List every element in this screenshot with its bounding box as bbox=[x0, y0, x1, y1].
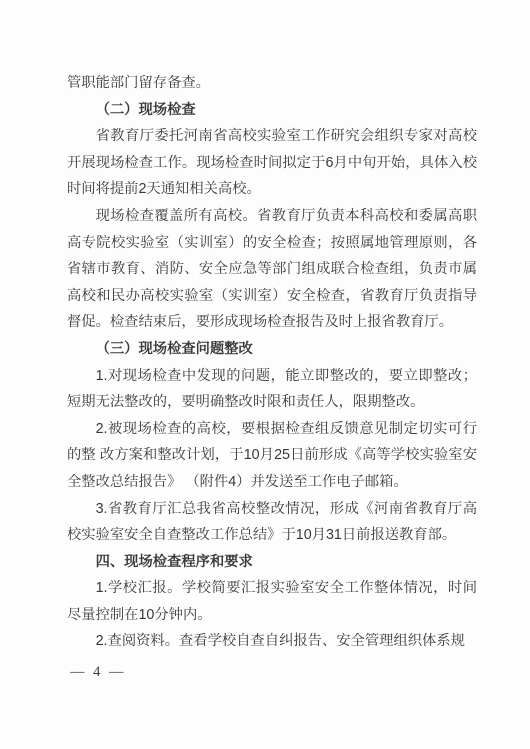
paragraph-rectification-item-3: 3.省教育厅汇总我省高校整改情况，形成《河南省教育厅高校实验室安全自查整改工作总… bbox=[67, 496, 477, 549]
section-heading-3: （三）现场检查问题整改 bbox=[67, 336, 477, 363]
paragraph-rectification-item-1: 1.对现场检查中发现的问题，能立即整改的，要立即整改；短期无法整改的，要明确整改… bbox=[67, 363, 477, 416]
paragraph-procedure-item-1: 1.学校汇报。学校简要汇报实验室安全工作整体情况，时间尽量控制在10分钟内。 bbox=[67, 575, 477, 628]
paragraph-site-inspection-coverage: 现场检查覆盖所有高校。省教育厅负责本科高校和委属高职高专院校实验室（实训室）的安… bbox=[67, 203, 477, 336]
document-page: 管职能部门留存备查。 （二）现场检查 省教育厅委托河南省高校实验室工作研究会组织… bbox=[0, 0, 530, 749]
document-body: 管职能部门留存备查。 （二）现场检查 省教育厅委托河南省高校实验室工作研究会组织… bbox=[67, 70, 477, 655]
paragraph-rectification-item-2: 2.被现场检查的高校，要根据检查组反馈意见制定切实可行的整 改方案和整改计划，于… bbox=[67, 416, 477, 496]
section-heading-2: （二）现场检查 bbox=[67, 97, 477, 124]
paragraph-continuation: 管职能部门留存备查。 bbox=[67, 70, 477, 97]
paragraph-procedure-item-2: 2.查阅资料。查看学校自查自纠报告、安全管理组织体系规 bbox=[67, 628, 477, 655]
page-number: — 4 — bbox=[70, 664, 126, 681]
paragraph-site-inspection-intro: 省教育厅委托河南省高校实验室工作研究会组织专家对高校开展现场检查工作。现场检查时… bbox=[67, 123, 477, 203]
section-heading-4: 四、现场检查程序和要求 bbox=[67, 549, 477, 576]
